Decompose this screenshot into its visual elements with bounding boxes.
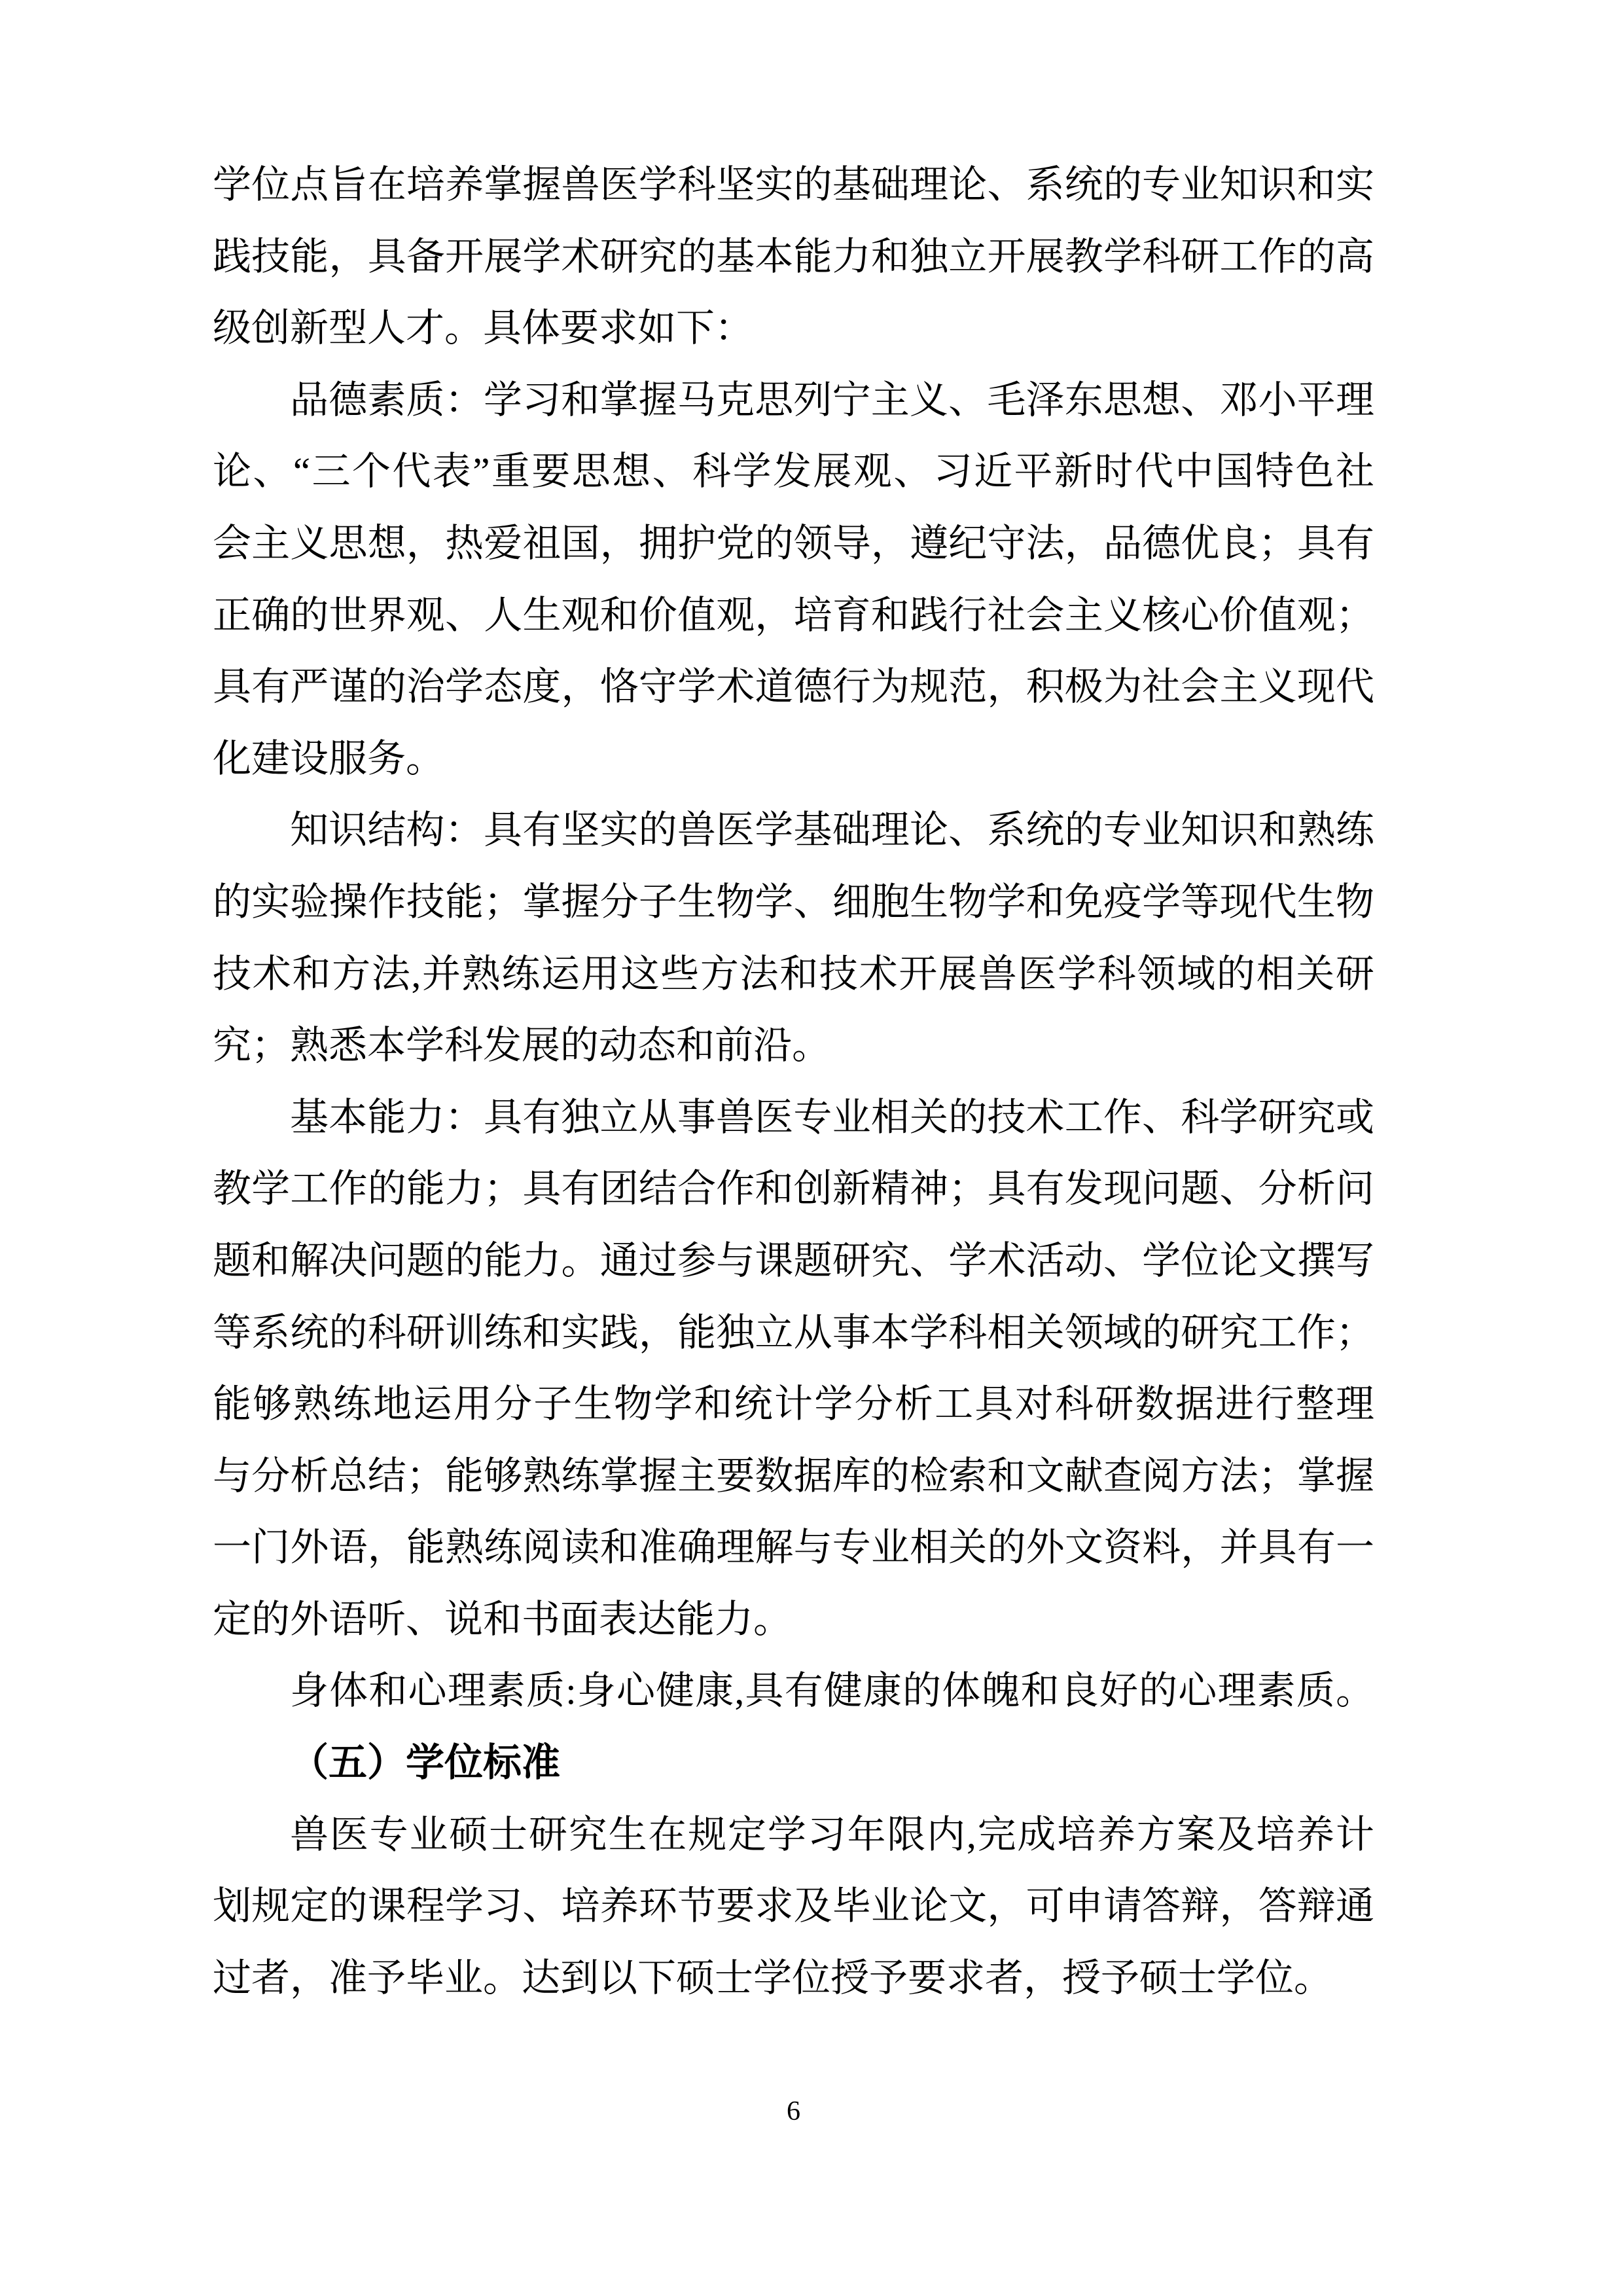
text-line: 会主义思想，热爱祖国，拥护党的领导，遵纪守法，品德优良；具有 [213, 508, 1374, 580]
page-number: 6 [213, 2094, 1374, 2128]
text-line: 技术和方法,并熟练运用这些方法和技术开展兽医学科领域的相关研 [213, 939, 1374, 1011]
text-line: 能够熟练地运用分子生物学和统计学分析工具对科研数据进行整理 [213, 1369, 1374, 1441]
text-line: 级创新型人才。具体要求如下： [213, 293, 1374, 365]
text-line: 论、“三个代表”重要思想、科学发展观、习近平新时代中国特色社 [213, 436, 1374, 508]
text-line: 基本能力：具有独立从事兽医专业相关的技术工作、科学研究或 [213, 1082, 1374, 1154]
text-line: 与分析总结；能够熟练掌握主要数据库的检索和文献查阅方法；掌握 [213, 1441, 1374, 1513]
text-line: 题和解决问题的能力。通过参与课题研究、学术活动、学位论文撰写 [213, 1225, 1374, 1297]
text-line: 正确的世界观、人生观和价值观，培育和践行社会主义核心价值观； [213, 580, 1374, 652]
text-line: 的实验操作技能；掌握分子生物学、细胞生物学和免疫学等现代生物 [213, 867, 1374, 939]
text-line: 具有严谨的治学态度，恪守学术道德行为规范，积极为社会主义现代 [213, 651, 1374, 723]
text-line: 身体和心理素质:身心健康,具有健康的体魄和良好的心理素质。 [213, 1655, 1374, 1727]
text-line: 学位点旨在培养掌握兽医学科坚实的基础理论、系统的专业知识和实 [213, 149, 1374, 221]
text-line: 定的外语听、说和书面表达能力。 [213, 1584, 1374, 1656]
text-line: 等系统的科研训练和实践，能独立从事本学科相关领域的研究工作； [213, 1297, 1374, 1369]
text-line: 一门外语，能熟练阅读和准确理解与专业相关的外文资料，并具有一 [213, 1512, 1374, 1584]
text-line: 品德素质：学习和掌握马克思列宁主义、毛泽东思想、邓小平理 [213, 365, 1374, 437]
text-line: 化建设服务。 [213, 723, 1374, 795]
text-line: 究；熟悉本学科发展的动态和前沿。 [213, 1010, 1374, 1082]
document-page: 学位点旨在培养掌握兽医学科坚实的基础理论、系统的专业知识和实践技能，具备开展学术… [0, 0, 1623, 2296]
text-line: 知识结构：具有坚实的兽医学基础理论、系统的专业知识和熟练 [213, 795, 1374, 867]
text-line: 划规定的课程学习、培养环节要求及毕业论文，可申请答辩，答辩通 [213, 1871, 1374, 1943]
text-line: 践技能，具备开展学术研究的基本能力和独立开展教学科研工作的高 [213, 221, 1374, 293]
document-body: 学位点旨在培养掌握兽医学科坚实的基础理论、系统的专业知识和实践技能，具备开展学术… [213, 149, 1374, 2014]
text-line: 兽医专业硕士研究生在规定学习年限内,完成培养方案及培养计 [213, 1799, 1374, 1871]
text-line: 教学工作的能力；具有团结合作和创新精神；具有发现问题、分析问 [213, 1153, 1374, 1225]
section-heading: （五）学位标准 [213, 1727, 1374, 1799]
text-line: 过者，准予毕业。达到以下硕士学位授予要求者，授予硕士学位。 [213, 1943, 1374, 2015]
